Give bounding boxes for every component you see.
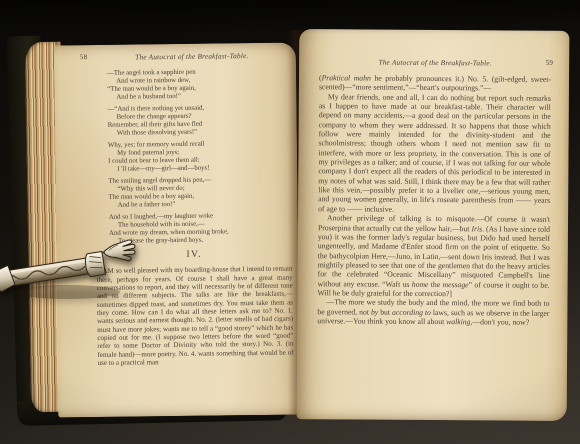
poem-line: I 'll take—my—girl—and—boys!: [108, 164, 291, 174]
left-running-header: 58 The Autocrat of the Breakfast-Table.: [94, 51, 290, 63]
left-page-text-block: 58 The Autocrat of the Breakfast-Table. …: [94, 51, 294, 368]
poem-stanza: The smiling angel dropped his pen,—“Why …: [108, 176, 291, 211]
paragraph: My dear friends, one and all, I can do n…: [318, 92, 551, 215]
left-page-number: 58: [80, 53, 88, 61]
right-page-text-block: The Autocrat of the Breakfast-Table. 59 …: [317, 57, 551, 327]
poem-stanza: Why, yes; for memory would recallMy fond…: [108, 140, 291, 175]
paragraph: —The more we study the body and the mind…: [317, 297, 549, 327]
poem-line: With those dissolving years!”: [108, 128, 291, 138]
paragraph: (Praktical mahn he probably pronounces i…: [319, 73, 551, 93]
right-page: The Autocrat of the Breakfast-Table. 59 …: [297, 29, 570, 421]
silver-hand-clip-icon: [0, 238, 152, 308]
poem-stanza: —“And is there nothing yet unsaid,Before…: [107, 104, 290, 139]
top-shadow-overlay: [0, 0, 580, 34]
poem-stanza: —The angel took a sapphire penAnd wrote …: [107, 68, 290, 103]
running-title: The Autocrat of the Breakfast-Table.: [94, 51, 290, 62]
running-title: The Autocrat of the Breakfast-Table.: [319, 57, 551, 68]
left-page: 58 The Autocrat of the Breakfast-Table. …: [54, 43, 301, 418]
right-paragraphs: (Praktical mahn he probably pronounces i…: [317, 73, 551, 327]
right-running-header: The Autocrat of the Breakfast-Table. 59: [319, 57, 551, 69]
poem: —The angel took a sapphire penAnd wrote …: [94, 68, 292, 247]
paragraph: Another privilege of talking is to misqu…: [317, 213, 550, 299]
clip-graphic: [0, 238, 152, 308]
poem-line: And be a father too!”: [109, 200, 292, 210]
poem-line: And be a husband too!”: [107, 92, 290, 102]
right-page-number: 59: [546, 59, 553, 67]
book-photo-scene: 58 The Autocrat of the Breakfast-Table. …: [0, 0, 580, 444]
